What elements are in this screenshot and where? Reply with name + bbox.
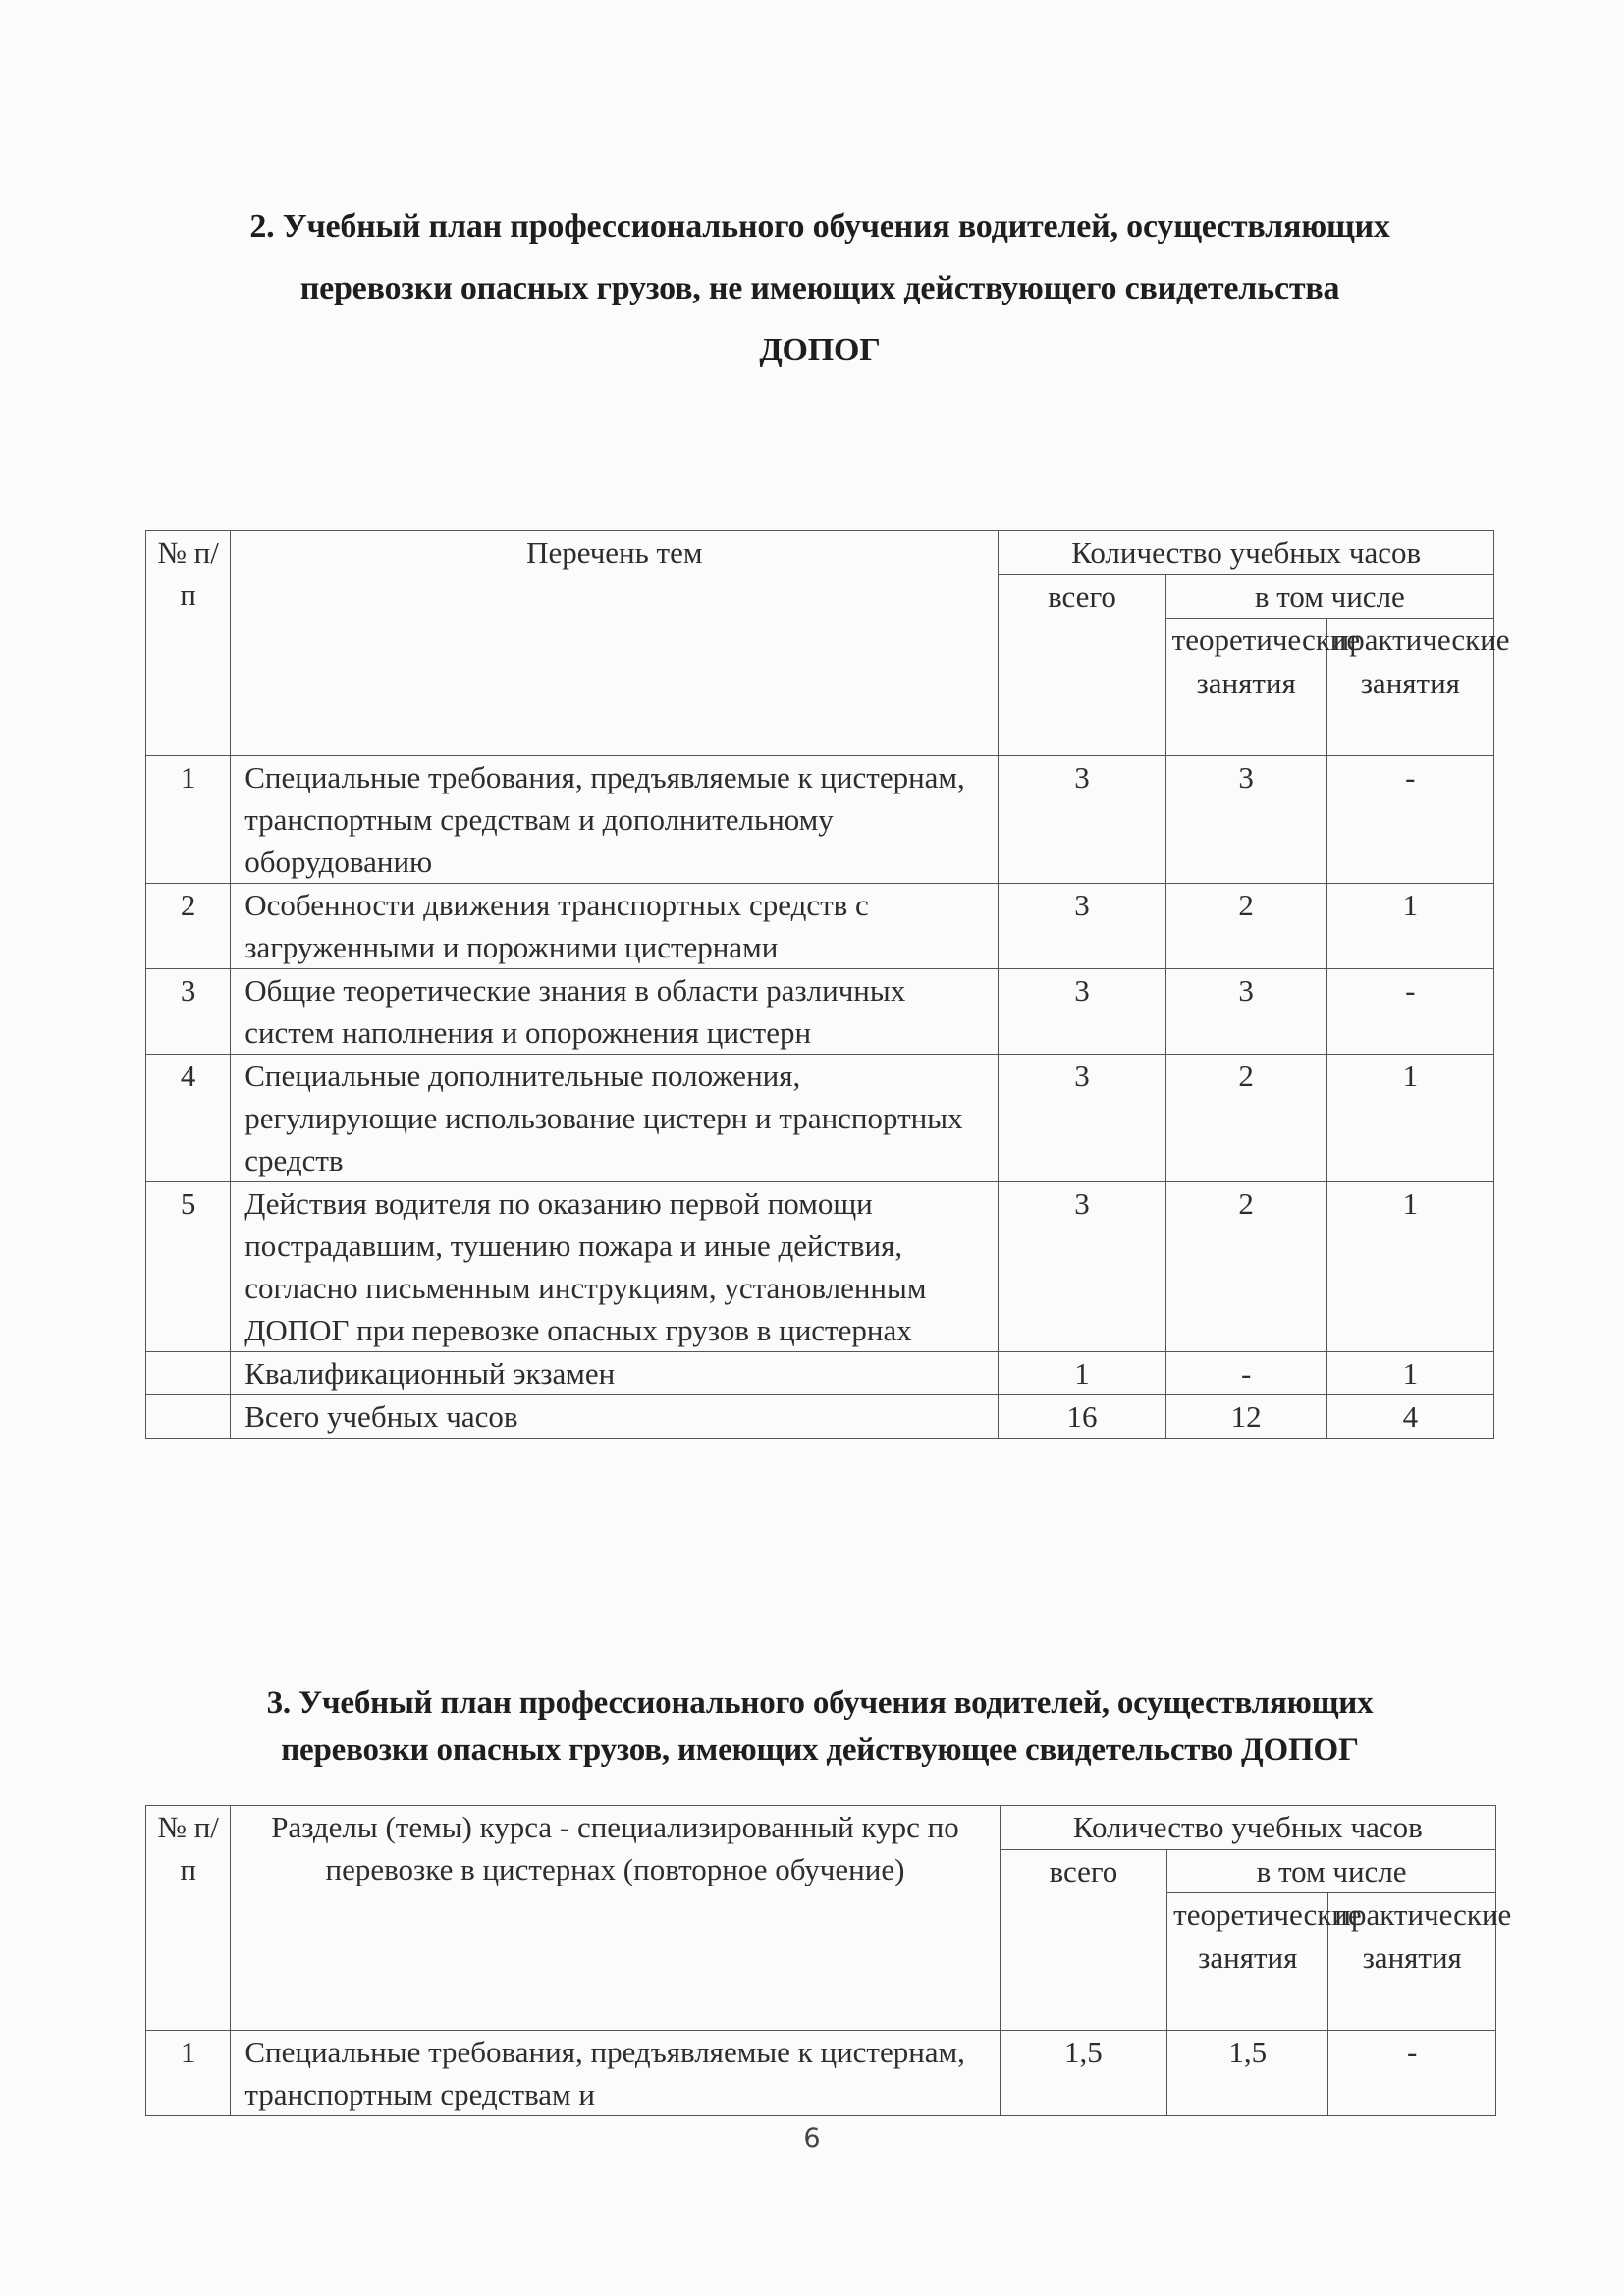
row-topic: Квалификационный экзамен [231,1352,999,1395]
header-hours-group: Количество учебных часов [1000,1806,1495,1850]
row-theory-hours: 12 [1165,1395,1326,1439]
section2-title-line1: 2. Учебный план профессионального обучен… [137,208,1502,246]
row-theory-hours: 2 [1165,884,1326,969]
row-topic: Всего учебных часов [231,1395,999,1439]
row-num: 5 [146,1182,231,1352]
header-num: № п/п [146,1806,231,2031]
row-total-hours: 3 [999,756,1165,884]
row-theory-hours: - [1165,1352,1326,1395]
row-topic: Общие теоретические знания в области раз… [231,969,999,1055]
row-num: 2 [146,884,231,969]
table-row: 5Действия водителя по оказанию первой по… [146,1182,1494,1352]
row-num: 1 [146,2031,231,2116]
table-row: Всего учебных часов16124 [146,1395,1494,1439]
row-theory-hours: 3 [1165,756,1326,884]
header-including: в том числе [1167,1850,1496,1893]
row-num: 1 [146,756,231,884]
row-total-hours: 16 [999,1395,1165,1439]
row-topic: Особенности движения транспортных средст… [231,884,999,969]
row-practice-hours: 1 [1326,884,1493,969]
header-topic: Разделы (темы) курса - специализированны… [231,1806,1000,2031]
section2-title-line3: ДОПОГ [137,332,1502,369]
row-practice-hours: - [1328,2031,1496,2116]
row-theory-hours: 3 [1165,969,1326,1055]
section3-title-line1: 3. Учебный план профессионального обучен… [137,1685,1502,1722]
header-total: всего [1000,1850,1167,2031]
header-including: в том числе [1165,575,1493,619]
header-hours-group: Количество учебных часов [999,531,1494,575]
section3-title-line2: перевозки опасных грузов, имеющих действ… [137,1732,1502,1769]
header-practice: практические занятия [1326,619,1493,756]
row-theory-hours: 1,5 [1167,2031,1328,2116]
header-topic: Перечень тем [231,531,999,756]
table-row: 3Общие теоретические знания в области ра… [146,969,1494,1055]
row-topic: Специальные дополнительные положения, ре… [231,1055,999,1182]
row-topic: Специальные требования, предъявляемые к … [231,756,999,884]
row-total-hours: 3 [999,1182,1165,1352]
section3-curriculum-table: № п/п Разделы (темы) курса - специализир… [145,1805,1496,2116]
table-row: 1Специальные требования, предъявляемые к… [146,756,1494,884]
row-total-hours: 1,5 [1000,2031,1167,2116]
row-practice-hours: 4 [1326,1395,1493,1439]
row-practice-hours: - [1326,756,1493,884]
table-row: 4Специальные дополнительные положения, р… [146,1055,1494,1182]
row-topic: Специальные требования, предъявляемые к … [231,2031,1000,2116]
section2-title-line2: перевозки опасных грузов, не имеющих дей… [137,270,1502,307]
header-practice: практические занятия [1328,1893,1496,2031]
page-number: 6 [0,2123,1624,2154]
row-practice-hours: 1 [1326,1182,1493,1352]
section2-curriculum-table: № п/п Перечень тем Количество учебных ча… [145,530,1494,1439]
header-num: № п/п [146,531,231,756]
table-row: 2Особенности движения транспортных средс… [146,884,1494,969]
row-topic: Действия водителя по оказанию первой пом… [231,1182,999,1352]
row-practice-hours: - [1326,969,1493,1055]
table-row: 1Специальные требования, предъявляемые к… [146,2031,1496,2116]
row-total-hours: 3 [999,884,1165,969]
row-num [146,1395,231,1439]
header-total: всего [999,575,1165,756]
header-theory: теоретические занятия [1165,619,1326,756]
row-practice-hours: 1 [1326,1352,1493,1395]
row-total-hours: 3 [999,969,1165,1055]
row-total-hours: 3 [999,1055,1165,1182]
row-num: 3 [146,969,231,1055]
row-theory-hours: 2 [1165,1182,1326,1352]
row-num [146,1352,231,1395]
row-theory-hours: 2 [1165,1055,1326,1182]
table-row: Квалификационный экзамен1-1 [146,1352,1494,1395]
header-theory: теоретические занятия [1167,1893,1328,2031]
row-practice-hours: 1 [1326,1055,1493,1182]
row-total-hours: 1 [999,1352,1165,1395]
row-num: 4 [146,1055,231,1182]
